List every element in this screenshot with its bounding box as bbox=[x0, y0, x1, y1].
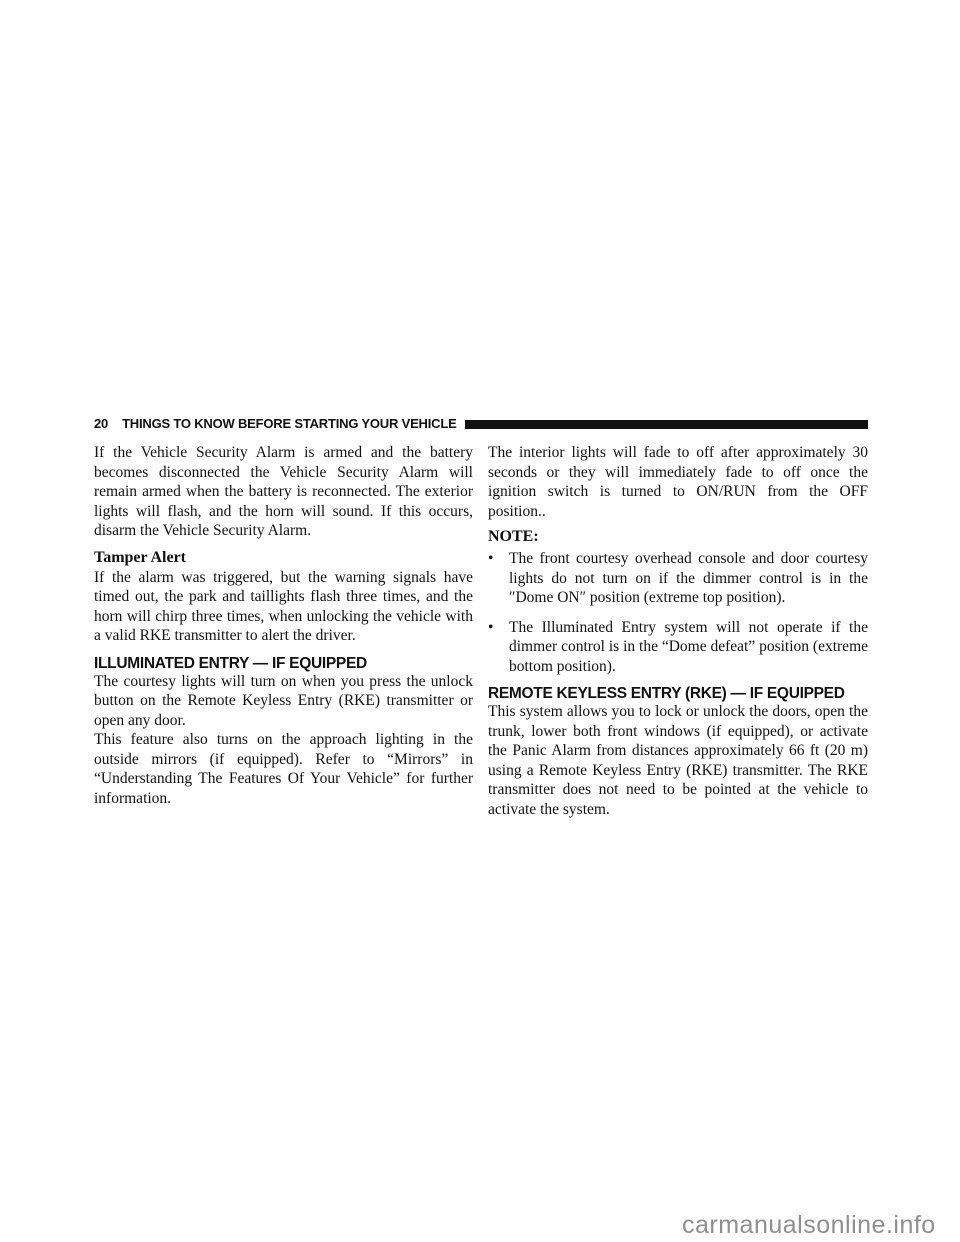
paragraph-approach-lighting: This feature also turns on the approach … bbox=[94, 730, 473, 808]
paragraph-tamper-alert: If the alarm was triggered, but the warn… bbox=[94, 568, 473, 646]
paragraph-rke-system: This system allows you to lock or unlock… bbox=[488, 702, 868, 819]
paragraph-security-alarm: If the Vehicle Security Alarm is armed a… bbox=[94, 443, 473, 541]
paragraph-interior-lights: The interior lights will fade to off aft… bbox=[488, 443, 868, 521]
list-item: • The front courtesy overhead console an… bbox=[488, 549, 868, 608]
heading-tamper-alert: Tamper Alert bbox=[94, 548, 473, 568]
page-number: 20 bbox=[94, 417, 108, 431]
header-rule-bar bbox=[465, 420, 868, 429]
watermark: carmanualsonline.info bbox=[682, 1210, 936, 1240]
bullet-text-courtesy-dimmer: The front courtesy overhead console and … bbox=[509, 549, 868, 608]
heading-illuminated-entry: ILLUMINATED ENTRY — IF EQUIPPED bbox=[94, 655, 473, 672]
left-column: If the Vehicle Security Alarm is armed a… bbox=[94, 443, 473, 808]
page-title: THINGS TO KNOW BEFORE STARTING YOUR VEHI… bbox=[122, 417, 456, 431]
paragraph-courtesy-lights: The courtesy lights will turn on when yo… bbox=[94, 672, 473, 731]
page-header: 20 THINGS TO KNOW BEFORE STARTING YOUR V… bbox=[94, 417, 868, 431]
list-item: • The Illuminated Entry system will not … bbox=[488, 618, 868, 677]
bullet-text-dome-defeat: The Illuminated Entry system will not op… bbox=[509, 618, 868, 677]
note-label: NOTE: bbox=[488, 527, 868, 547]
bullet-icon: • bbox=[488, 549, 509, 608]
right-column: The interior lights will fade to off aft… bbox=[488, 443, 868, 819]
manual-page: 20 THINGS TO KNOW BEFORE STARTING YOUR V… bbox=[0, 0, 960, 1242]
heading-remote-keyless-entry: REMOTE KEYLESS ENTRY (RKE) — IF EQUIPPED bbox=[488, 685, 868, 702]
bullet-icon: • bbox=[488, 618, 509, 677]
